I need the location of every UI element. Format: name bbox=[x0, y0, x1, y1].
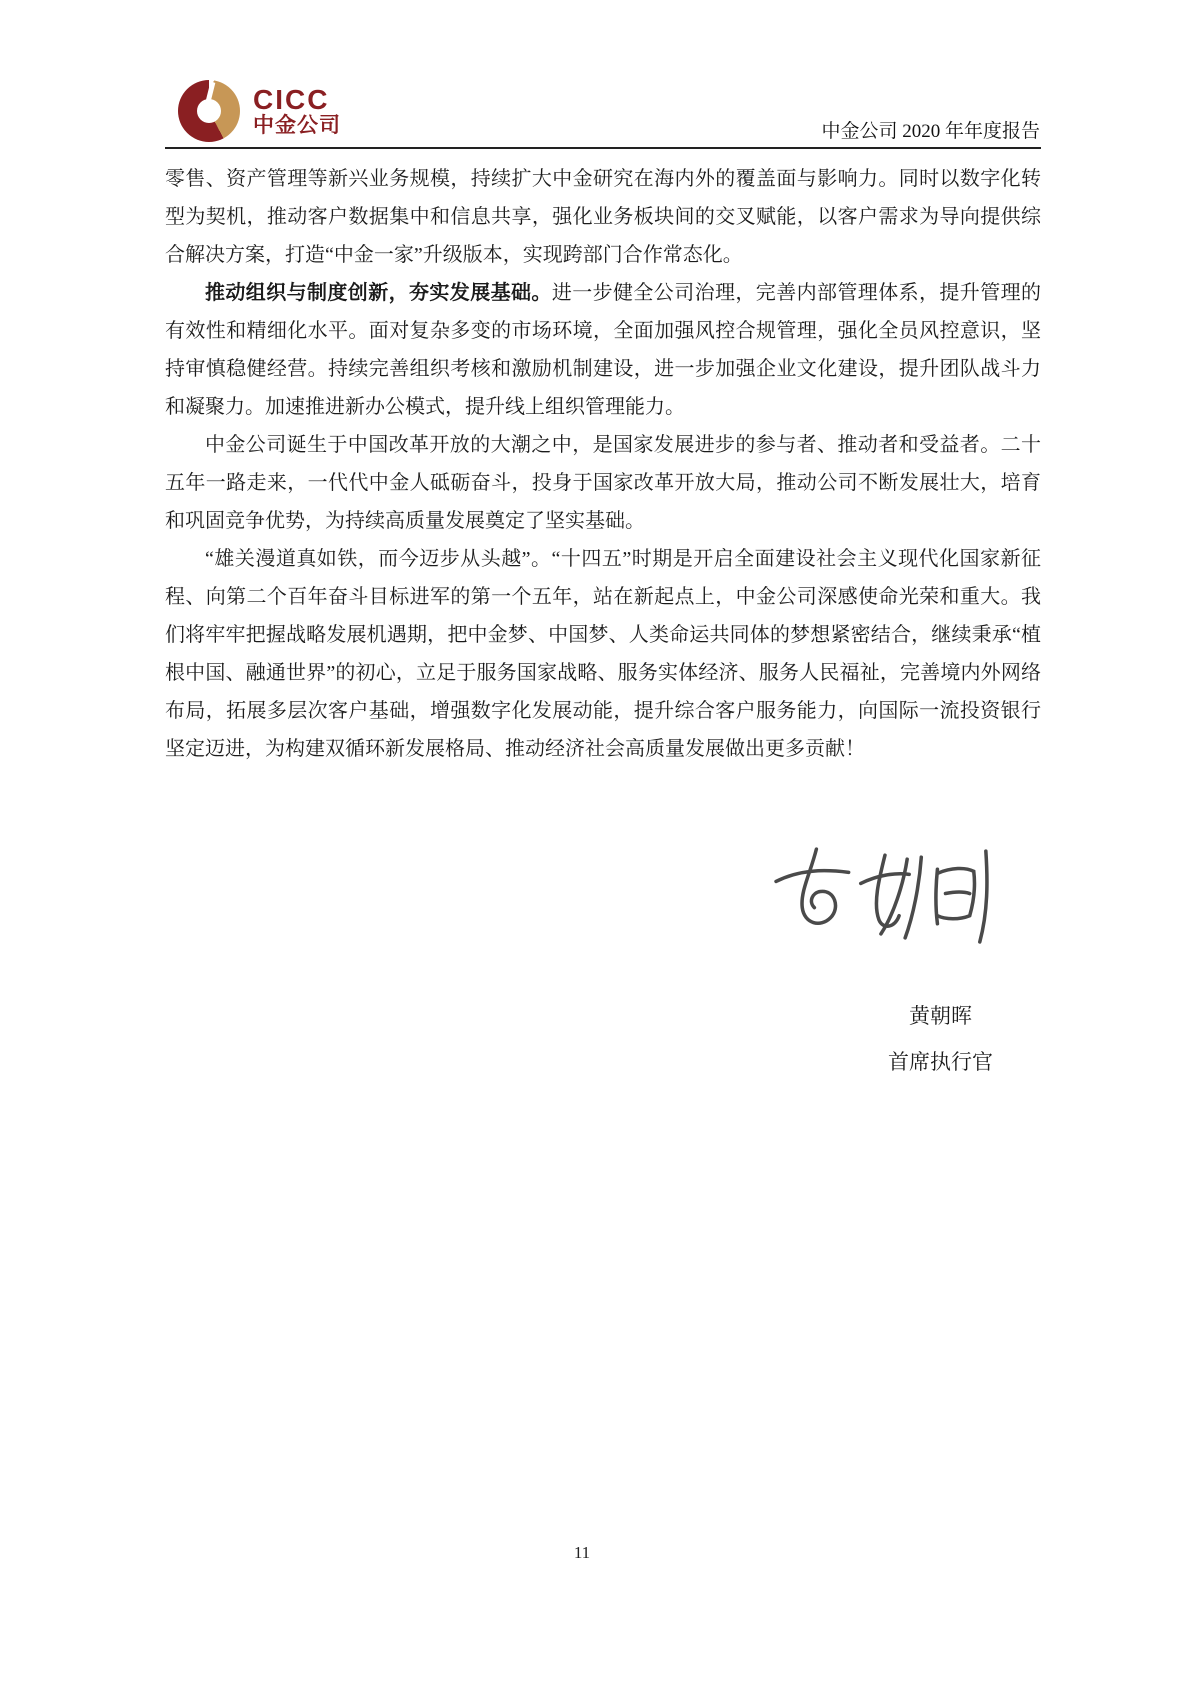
cicc-logo-mark-icon bbox=[178, 80, 240, 142]
cicc-logo: CICC 中金公司 bbox=[178, 80, 341, 142]
header-report-title: 中金公司 2020 年年度报告 bbox=[821, 116, 1040, 143]
paragraph-company-origin: 中金公司诞生于中国改革开放的大潮之中，是国家发展进步的参与者、推动者和受益者。二… bbox=[165, 426, 1041, 540]
paragraph-organization-innovation: 推动组织与制度创新，夯实发展基础。进一步健全公司治理，完善内部管理体系，提升管理… bbox=[165, 274, 1041, 426]
ceo-name: 黄朝晖 bbox=[838, 1000, 1043, 1030]
logo-text-en: CICC bbox=[253, 86, 341, 115]
paragraph-retail-asset-mgmt: 零售、资产管理等新兴业务规模，持续扩大中金研究在海内外的覆盖面与影响力。同时以数… bbox=[165, 160, 1041, 274]
paragraph-bold-lead: 推动组织与制度创新，夯实发展基础。 bbox=[205, 282, 552, 304]
ceo-handwritten-signature-image bbox=[772, 838, 1004, 946]
ceo-title: 首席执行官 bbox=[838, 1046, 1043, 1076]
logo-text-zh: 中金公司 bbox=[253, 115, 341, 136]
paragraph-future-outlook: “雄关漫道真如铁，而今迈步从头越”。“十四五”时期是开启全面建设社会主义现代化国… bbox=[165, 540, 1041, 768]
header-divider bbox=[165, 147, 1041, 149]
annual-report-page: CICC 中金公司 中金公司 2020 年年度报告 零售、资产管理等新兴业务规模… bbox=[0, 0, 1190, 1683]
page-number: 11 bbox=[0, 1543, 1164, 1563]
cicc-logo-text: CICC 中金公司 bbox=[253, 86, 341, 136]
letter-body: 零售、资产管理等新兴业务规模，持续扩大中金研究在海内外的覆盖面与影响力。同时以数… bbox=[165, 160, 1041, 768]
